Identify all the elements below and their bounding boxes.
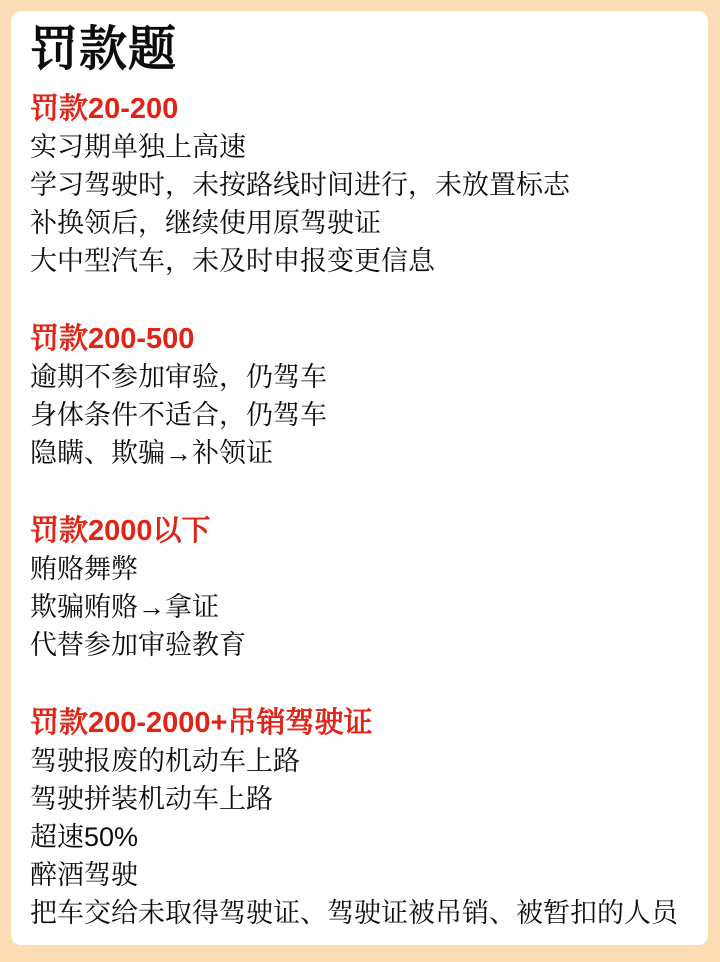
fine-section-2: 罚款200-500 逾期不参加审验，仍驾车身体条件不适合，仍驾车隐瞒、欺骗→补领… — [30, 320, 690, 472]
fine-section-4: 罚款200-2000+吊销驾驶证 驾驶报废的机动车上路驾驶拼装机动车上路超速50… — [30, 704, 690, 932]
fine-section-3: 罚款2000以下 贿赂舞弊欺骗贿赂→拿证代替参加审验教育 — [30, 512, 690, 664]
section-heading: 罚款200-500 — [30, 320, 690, 358]
fine-item: 驾驶拼装机动车上路 — [30, 780, 690, 818]
fine-item: 逾期不参加审验，仍驾车 — [30, 358, 690, 396]
fine-section-1: 罚款20-200 实习期单独上高速学习驾驶时，未按路线时间进行，未放置标志补换领… — [30, 90, 690, 280]
fine-item: 醉酒驾驶 — [30, 856, 690, 894]
fine-item: 大中型汽车，未及时申报变更信息 — [30, 242, 690, 280]
fine-item: 实习期单独上高速 — [30, 128, 690, 166]
fine-item: 欺骗贿赂→拿证 — [30, 588, 690, 626]
fine-item: 贿赂舞弊 — [30, 550, 690, 588]
section-heading: 罚款20-200 — [30, 90, 690, 128]
fine-item: 代替参加审验教育 — [30, 626, 690, 664]
section-heading: 罚款2000以下 — [30, 512, 690, 550]
page-title: 罚款题 — [30, 21, 690, 79]
fine-item: 超速50% — [30, 818, 690, 856]
content-panel: 罚款题 罚款20-200 实习期单独上高速学习驾驶时，未按路线时间进行，未放置标… — [11, 11, 708, 945]
fine-item: 身体条件不适合，仍驾车 — [30, 396, 690, 434]
fine-item: 学习驾驶时，未按路线时间进行，未放置标志 — [30, 166, 690, 204]
fine-item: 隐瞒、欺骗→补领证 — [30, 434, 690, 472]
fine-item: 驾驶报废的机动车上路 — [30, 742, 690, 780]
fine-sections: 罚款20-200 实习期单独上高速学习驾驶时，未按路线时间进行，未放置标志补换领… — [30, 90, 690, 932]
fine-item: 补换领后，继续使用原驾驶证 — [30, 204, 690, 242]
fine-item: 把车交给未取得驾驶证、驾驶证被吊销、被暂扣的人员 — [30, 894, 690, 932]
section-heading: 罚款200-2000+吊销驾驶证 — [30, 704, 690, 742]
